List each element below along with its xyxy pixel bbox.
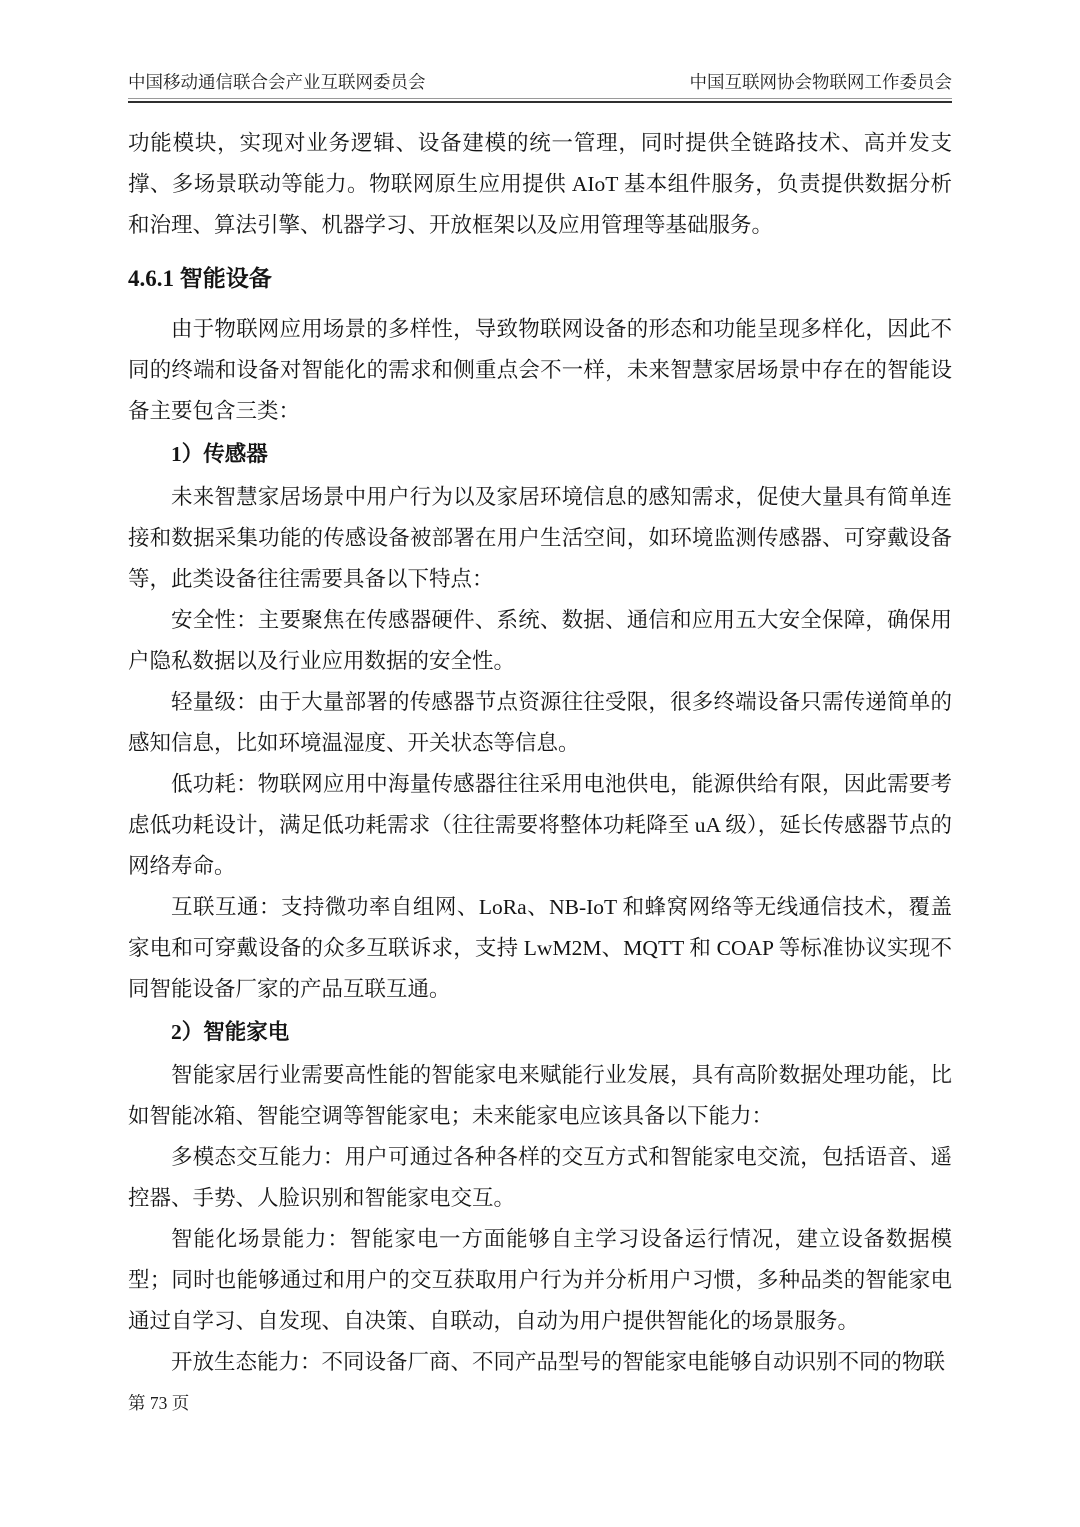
paragraph-section-intro: 由于物联网应用场景的多样性，导致物联网设备的形态和功能呈现多样化，因此不同的终端… [128, 309, 952, 432]
header-right-text: 中国互联网协会物联网工作委员会 [690, 70, 953, 94]
paragraph-continuation: 功能模块，实现对业务逻辑、设备建模的统一管理，同时提供全链路技术、高并发支撑、多… [128, 123, 952, 246]
header-left-text: 中国移动通信联合会产业互联网委员会 [128, 70, 426, 94]
paragraph-open-ecosystem: 开放生态能力：不同设备厂商、不同产品型号的智能家电能够自动识别不同的物联 [128, 1342, 952, 1383]
paragraph-interconnect: 互联互通：支持微功率自组网、LoRa、NB-IoT 和蜂窝网络等无线通信技术，覆… [128, 887, 952, 1010]
page-number: 第 73 页 [128, 1393, 189, 1413]
document-page: 中国移动通信联合会产业互联网委员会 中国互联网协会物联网工作委员会 功能模块，实… [0, 0, 1080, 1527]
paragraph-sensor-intro: 未来智慧家居场景中用户行为以及家居环境信息的感知需求，促使大量具有简单连接和数据… [128, 477, 952, 600]
paragraph-security: 安全性：主要聚焦在传感器硬件、系统、数据、通信和应用五大安全保障，确保用户隐私数… [128, 600, 952, 682]
paragraph-smart-scene: 智能化场景能力：智能家电一方面能够自主学习设备运行情况，建立设备数据模型；同时也… [128, 1219, 952, 1342]
page-header: 中国移动通信联合会产业互联网委员会 中国互联网协会物联网工作委员会 [128, 70, 952, 94]
document-body: 功能模块，实现对业务逻辑、设备建模的统一管理，同时提供全链路技术、高并发支撑、多… [128, 123, 952, 1383]
paragraph-appliance-intro: 智能家居行业需要高性能的智能家电来赋能行业发展，具有高阶数据处理功能，比如智能冰… [128, 1055, 952, 1137]
header-rule [128, 98, 952, 103]
paragraph-lightweight: 轻量级：由于大量部署的传感器节点资源往往受限，很多终端设备只需传递简单的感知信息… [128, 682, 952, 764]
paragraph-multimodal: 多模态交互能力：用户可通过各种各样的交互方式和智能家电交流，包括语音、遥控器、手… [128, 1137, 952, 1219]
paragraph-low-power: 低功耗：物联网应用中海量传感器往往采用电池供电，能源供给有限，因此需要考虑低功耗… [128, 764, 952, 887]
section-heading-4-6-1: 4.6.1 智能设备 [128, 258, 952, 299]
page-footer: 第 73 页 [128, 1391, 189, 1415]
subsection-heading-sensors: 1）传感器 [128, 434, 952, 475]
subsection-heading-smart-appliances: 2）智能家电 [128, 1012, 952, 1053]
